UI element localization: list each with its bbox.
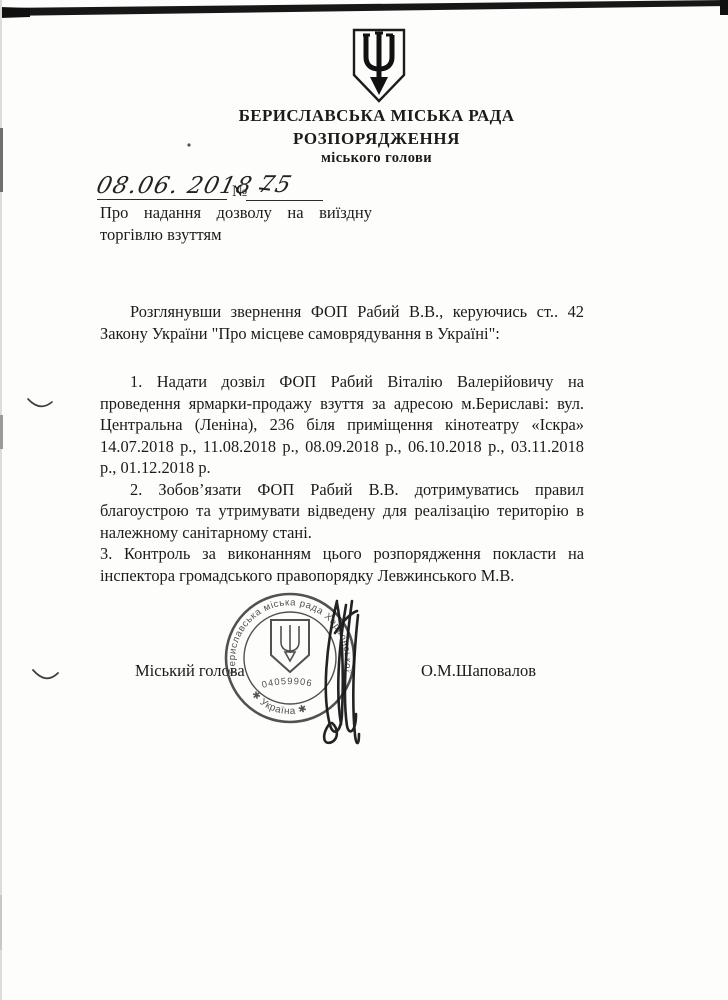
subject-line-2: торгівлю взуттям [100, 224, 372, 246]
svg-text:04059906: 04059906 [260, 675, 313, 690]
decree-item-1: 1. Надати дозвіл ФОП Рабий Віталію Валер… [100, 371, 584, 479]
doc-type-title: РОЗПОРЯДЖЕННЯ [100, 129, 653, 149]
handwritten-number: 75 [255, 172, 296, 198]
left-edge-shadow [0, 0, 2, 1000]
doc-subtitle: міського голови [100, 150, 653, 167]
pen-curve-mark-1 [28, 399, 52, 406]
decree-item-2: 2. Зобов’язати ФОП Рабий В.В. дотримуват… [100, 479, 584, 544]
left-edge-mark-2 [0, 415, 3, 449]
number-sign: № [232, 183, 247, 201]
seal-code: 04059906 [260, 675, 313, 690]
left-edge-mark-3 [0, 895, 2, 950]
seal-tryzub-icon [271, 620, 309, 672]
round-seal-and-signature: Бериславська міська рада Херсонської 040… [205, 573, 405, 758]
left-edge-mark-1 [0, 128, 3, 192]
tryzub-emblem-icon [350, 27, 408, 105]
date-underline [97, 199, 227, 200]
subject-line-1: Про надання дозволу на виїздну [100, 202, 372, 224]
scanned-decree-page: БЕРИСЛАВСЬКА МІСЬКА РАДА РОЗПОРЯДЖЕННЯ м… [0, 0, 728, 1000]
body-text: Розглянувши звернення ФОП Рабий В.В., ке… [100, 301, 584, 586]
org-name: БЕРИСЛАВСЬКА МІСЬКА РАДА [100, 106, 653, 126]
preamble-paragraph: Розглянувши звернення ФОП Рабий В.В., ке… [100, 301, 584, 344]
top-right-edge-notch [720, 0, 728, 15]
pen-curve-mark-2 [33, 670, 58, 678]
top-left-edge-wedge [0, 7, 30, 18]
subject-block: Про надання дозволу на виїздну торгівлю … [100, 202, 372, 246]
signer-name: О.М.Шаповалов [421, 661, 536, 681]
top-edge-scan-line [0, 0, 728, 16]
